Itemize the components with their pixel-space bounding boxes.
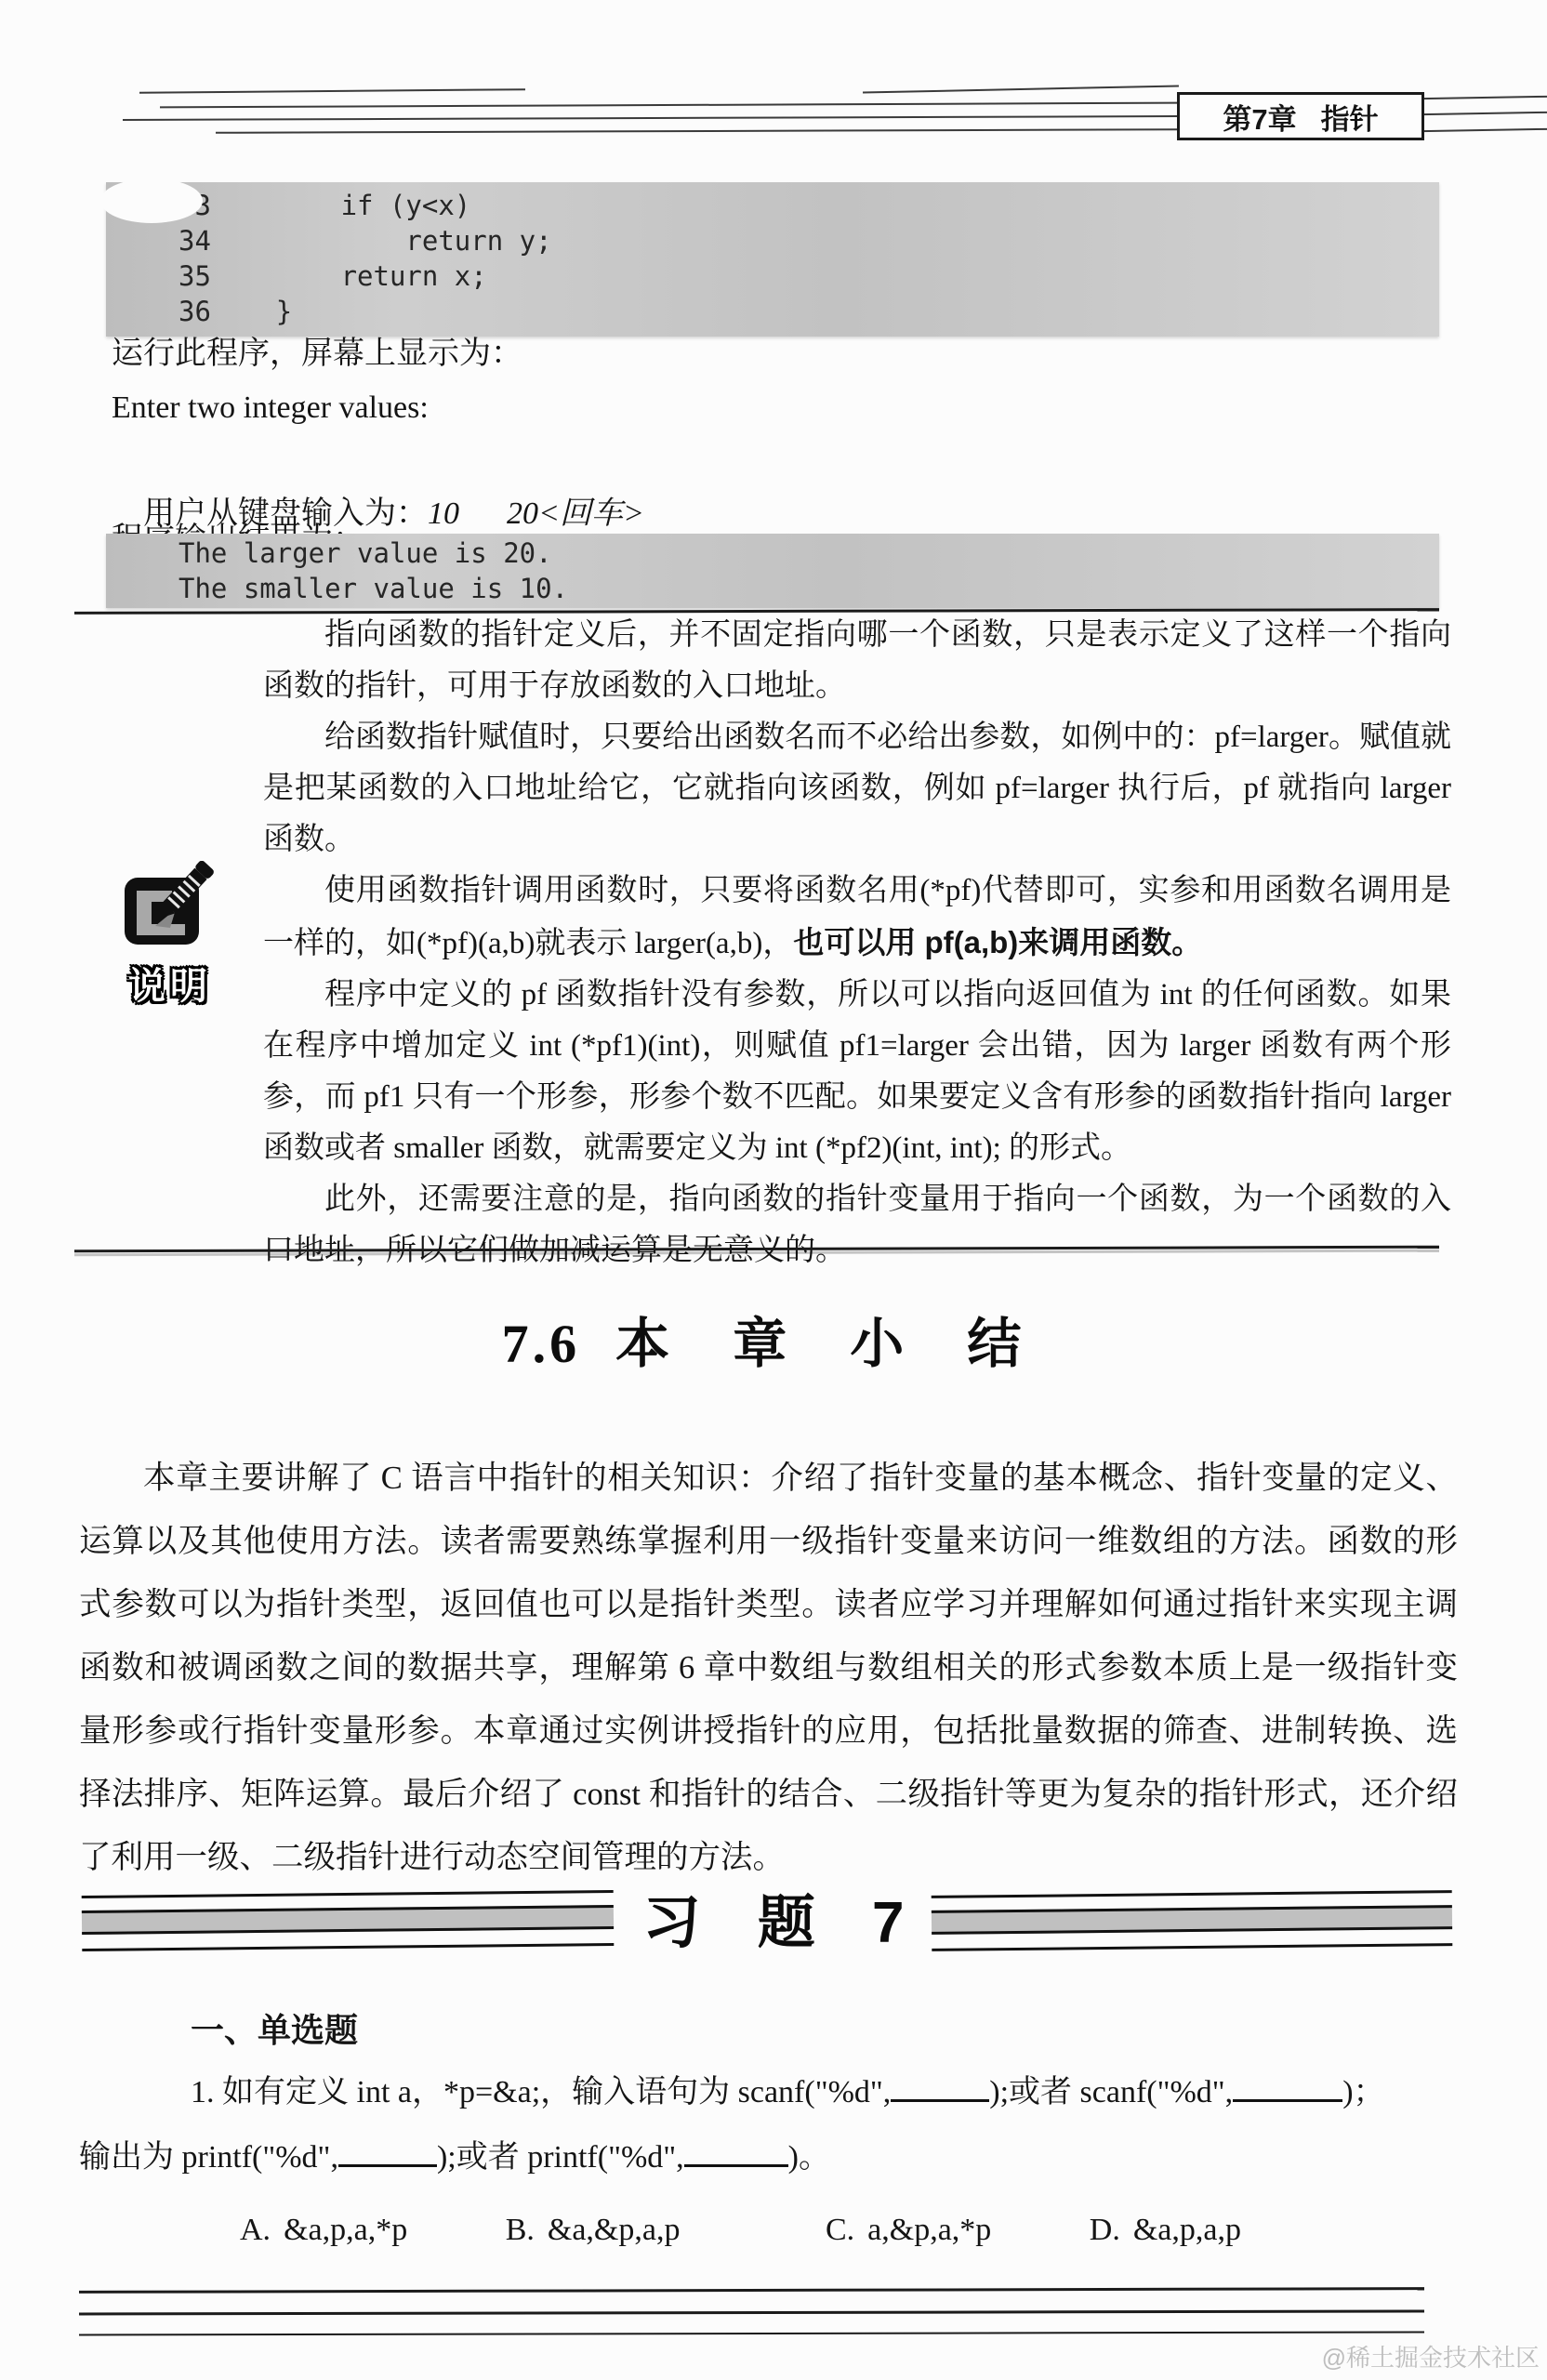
- chapter-number: 第7章: [1223, 96, 1296, 138]
- note-paragraph: 使用函数指针调用函数时，只要将函数名用(*pf)代替即可，实参和用函数名调用是一…: [263, 866, 1451, 970]
- option-b-text: &a,&p,a,p: [548, 2213, 681, 2247]
- textbook-page: 第7章 指针 33 if (y<x) 34 return y; 35 retur…: [0, 0, 1547, 2380]
- chapter-header-box: 第7章 指针: [1177, 92, 1424, 140]
- note-paragraph-bold: 也可以用 pf(a,b)来调用函数。: [793, 925, 1202, 959]
- exercises-banner-title: 习 题 7: [0, 1876, 1547, 1959]
- note-pencil-icon: [122, 861, 218, 950]
- q1-text: )；: [1342, 2075, 1384, 2109]
- question-1-line-2: 输出为 printf("%d",);或者 printf("%d",)。: [79, 2131, 830, 2176]
- chapter-title: 指针: [1321, 96, 1379, 138]
- q1-blank: [891, 2068, 989, 2102]
- chapter-summary: 本章主要讲解了 C 语言中指针的相关知识：介绍了指针变量的基本概念、指针变量的定…: [79, 1447, 1458, 1889]
- note-label: 说明: [113, 957, 227, 1010]
- q1-blank: [684, 2133, 788, 2167]
- q1-text: );或者 printf("%d",: [437, 2140, 684, 2175]
- footer-rule: [79, 2331, 1424, 2335]
- output-line: The larger value is 20.: [106, 535, 1439, 571]
- output-line: The smaller value is 10.: [106, 571, 1439, 606]
- footer-rule: [79, 2287, 1424, 2294]
- section-title: 本 章 小 结: [615, 1314, 1045, 1374]
- option-d-label: D.: [1090, 2213, 1120, 2247]
- question-1-line-1: 1. 如有定义 int a，*p=&a;，输入语句为 scanf("%d",);…: [191, 2066, 1385, 2111]
- q1-text: )。: [788, 2140, 830, 2175]
- option-a-label: A.: [240, 2213, 271, 2247]
- code-line: 35 return x;: [106, 258, 1439, 294]
- q1-blank: [338, 2133, 437, 2167]
- section-number: 7.6: [502, 1314, 581, 1374]
- footer-rule: [79, 2309, 1424, 2315]
- option-a: A.&a,p,a,*p: [240, 2213, 407, 2248]
- header-rule: [139, 88, 525, 94]
- enter-values-line: Enter two integer values:: [112, 390, 429, 426]
- question-1-options: A.&a,p,a,*p B.&a,&p,a,p C.a,&p,a,*p D.&a…: [240, 2213, 1241, 2248]
- q1-text: );或者 scanf("%d",: [989, 2075, 1233, 2109]
- exercise-section-label: 一、单选题: [191, 2004, 358, 2052]
- note-callout: 说明: [113, 861, 227, 1010]
- run-program-line: 运行此程序，屏幕上显示为：: [112, 327, 522, 373]
- q1-text: 1. 如有定义 int a，*p=&a;，输入语句为 scanf("%d",: [191, 2075, 891, 2109]
- option-b-label: B.: [506, 2213, 535, 2247]
- keyboard-input-value: 10 20<回车>: [428, 496, 644, 531]
- code-listing-block: 33 if (y<x) 34 return y; 35 return x; 36…: [106, 182, 1439, 337]
- header-rule: [1422, 96, 1547, 99]
- code-line: 33 if (y<x): [106, 188, 1439, 223]
- note-paragraphs: 指向函数的指针定义后，并不固定指向哪一个函数，只是表示定义了这样一个指向函数的指…: [263, 610, 1451, 1276]
- header-rule: [1422, 128, 1547, 132]
- header-rule: [216, 128, 1179, 134]
- note-paragraph: 给函数指针赋值时，只要给出函数名而不必给出参数，如例中的：pf=larger。赋…: [263, 712, 1451, 866]
- option-d-text: &a,p,a,p: [1133, 2213, 1241, 2247]
- note-paragraph: 此外，还需要注意的是，指向函数的指针变量用于指向一个函数，为一个函数的入口地址，…: [263, 1174, 1451, 1276]
- section-heading: 7.6本 章 小 结: [0, 1300, 1547, 1378]
- program-output-block: The larger value is 20. The smaller valu…: [106, 534, 1439, 608]
- q1-blank: [1233, 2068, 1342, 2102]
- header-rule: [123, 115, 1179, 121]
- option-d: D.&a,p,a,p: [1090, 2213, 1241, 2248]
- header-rule: [1422, 112, 1547, 115]
- option-b: B.&a,&p,a,p: [506, 2213, 681, 2248]
- q1-text: 输出为 printf("%d",: [79, 2140, 338, 2175]
- header-rule: [160, 102, 1179, 109]
- scan-artifact: [100, 178, 203, 223]
- header-rule: [863, 85, 1179, 93]
- note-paragraph: 程序中定义的 pf 函数指针没有参数，所以可以指向返回值为 int 的任何函数。…: [263, 970, 1451, 1174]
- option-c: C.a,&p,a,*p: [826, 2213, 991, 2248]
- option-c-label: C.: [826, 2213, 854, 2247]
- code-line: 34 return y;: [106, 223, 1439, 258]
- code-line: 36 }: [106, 294, 1439, 329]
- note-paragraph: 指向函数的指针定义后，并不固定指向哪一个函数，只是表示定义了这样一个指向函数的指…: [263, 610, 1451, 712]
- watermark: @稀土掘金技术社区: [1322, 2339, 1540, 2373]
- option-c-text: a,&p,a,*p: [867, 2213, 991, 2247]
- option-a-text: &a,p,a,*p: [284, 2213, 407, 2247]
